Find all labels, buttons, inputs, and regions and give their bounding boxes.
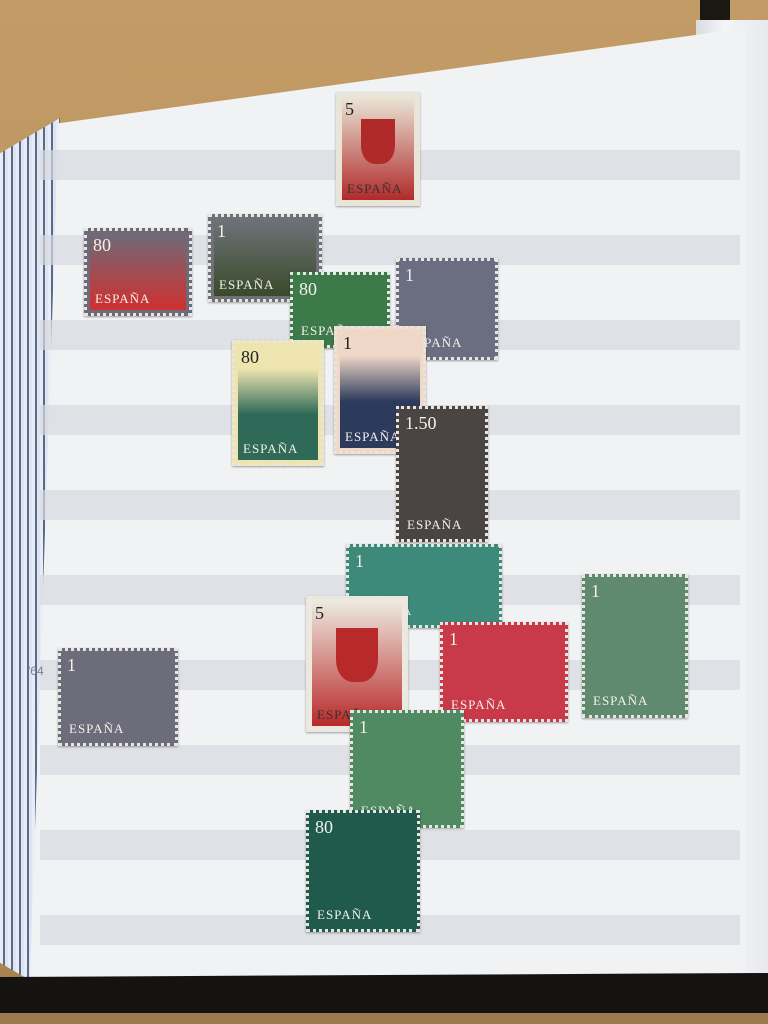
stamp-country: ESPAÑA xyxy=(243,441,298,457)
table-edge xyxy=(0,1013,768,1024)
stamp-country: ESPAÑA xyxy=(317,907,372,923)
stamp-value: 1 xyxy=(449,629,458,650)
stamp-value: 80 xyxy=(299,279,317,300)
stamp-value: 1 xyxy=(591,581,600,602)
stamp-red-cloister[interactable]: 1ESPAÑA xyxy=(440,622,568,722)
stamp-value: 5 xyxy=(345,99,354,120)
stamp-value: 1 xyxy=(343,333,352,354)
shadow-gap xyxy=(700,0,730,22)
stamp-value: 1 xyxy=(67,655,76,676)
stamp-country: ESPAÑA xyxy=(593,693,648,709)
stamp-country: ESPAÑA xyxy=(69,721,124,737)
stamp-teal-80[interactable]: 80ESPAÑA xyxy=(306,810,420,932)
stamp-country: ESPAÑA xyxy=(407,517,462,533)
stamp-value: 1 xyxy=(359,717,368,738)
stamp-value: 5 xyxy=(315,603,324,624)
stamp-value: 1 xyxy=(405,265,414,286)
stamp-castle[interactable]: 1ESPAÑA xyxy=(58,648,178,746)
coat-of-arms-icon xyxy=(361,119,395,164)
stock-strip xyxy=(40,490,740,520)
stamp-value: 1.50 xyxy=(405,413,437,434)
stamp-value: 80 xyxy=(315,817,333,838)
stamp-country: ESPAÑA xyxy=(95,291,150,307)
margin-note: '64 xyxy=(28,664,44,678)
stamp-gerona[interactable]: 5ESPAÑA xyxy=(336,92,420,206)
stamp-value: 80 xyxy=(93,235,111,256)
stamp-value: 1 xyxy=(217,221,226,242)
stamp-country: ESPAÑA xyxy=(219,277,274,293)
stamp-centenary-red[interactable]: 80ESPAÑA xyxy=(84,228,192,316)
stamp-value: 1 xyxy=(355,551,364,572)
stamp-country: ESPAÑA xyxy=(345,429,400,445)
stamp-country: ESPAÑA xyxy=(347,181,402,197)
album-cover-edge xyxy=(0,973,768,1017)
stamp-portrait-150[interactable]: 1.50ESPAÑA xyxy=(396,406,488,542)
stamp-value: 80 xyxy=(241,347,259,368)
stamp-green-interior[interactable]: 1ESPAÑA xyxy=(582,574,688,718)
stamp-jose-galvez[interactable]: 80ESPAÑA xyxy=(232,340,324,466)
coat-of-arms-icon xyxy=(336,628,378,683)
